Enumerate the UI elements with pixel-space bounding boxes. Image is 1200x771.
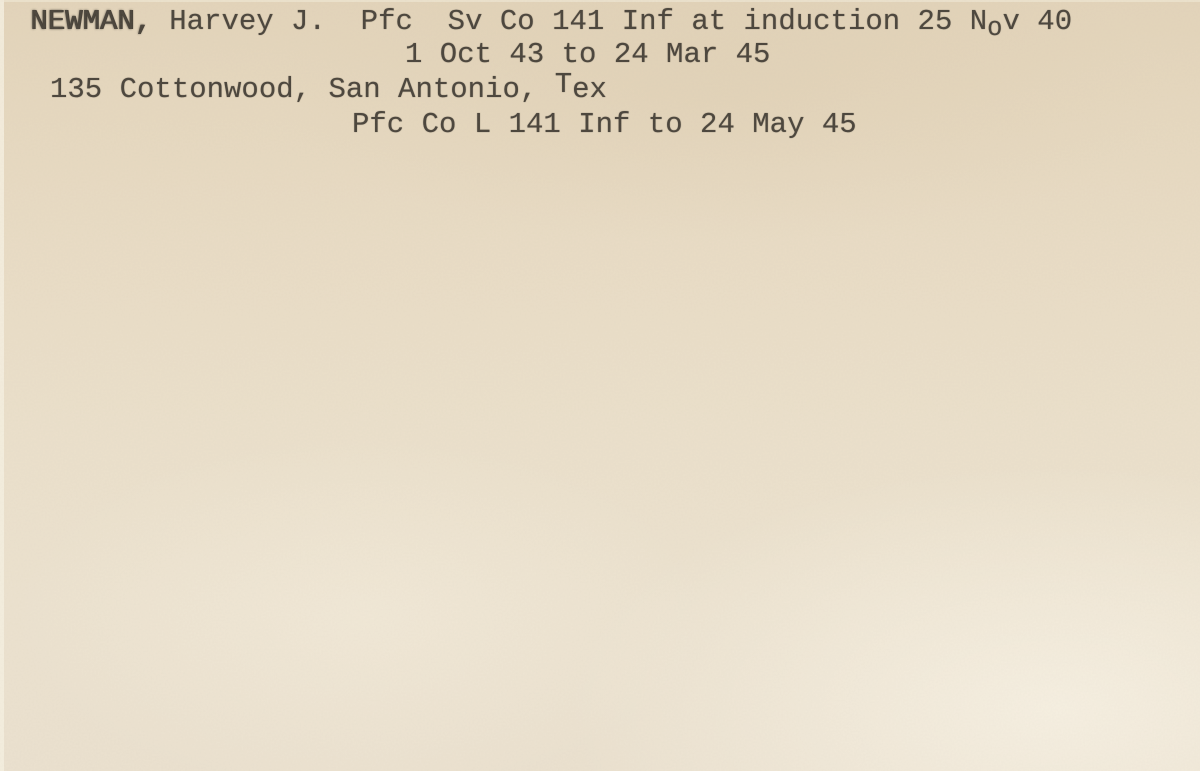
unit-dates-text: Pfc Co L 141 Inf to 24 May 45 [352,108,857,141]
address-text: 135 Cottonwood, San Antonio, [50,73,555,106]
index-card: NEWMAN, Harvey J. Pfc Sv Co 141 Inf at i… [0,0,1200,771]
line1-tail-text: v 40 [1002,5,1072,38]
typed-line-2: 1 Oct 43 to 24 Mar 45 [405,40,770,69]
typed-line-4: Pfc Co L 141 Inf to 24 May 45 [352,110,857,139]
surname-text: NEWMAN, [30,5,152,38]
service-dates-text: 1 Oct 43 to 24 Mar 45 [405,38,770,71]
line3-raised-t: T [555,68,572,101]
typed-line-1: NEWMAN, Harvey J. Pfc Sv Co 141 Inf at i… [30,7,1072,37]
card-top-edge [0,0,1200,2]
line1-lowered-o: o [987,14,1002,43]
typed-line-3: 135 Cottonwood, San Antonio, Tex [50,75,607,104]
line3-tail-text: ex [572,73,607,106]
line1-mid-text: Harvey J. Pfc Sv Co 141 Inf at induction… [152,5,987,38]
card-left-edge [0,0,4,771]
